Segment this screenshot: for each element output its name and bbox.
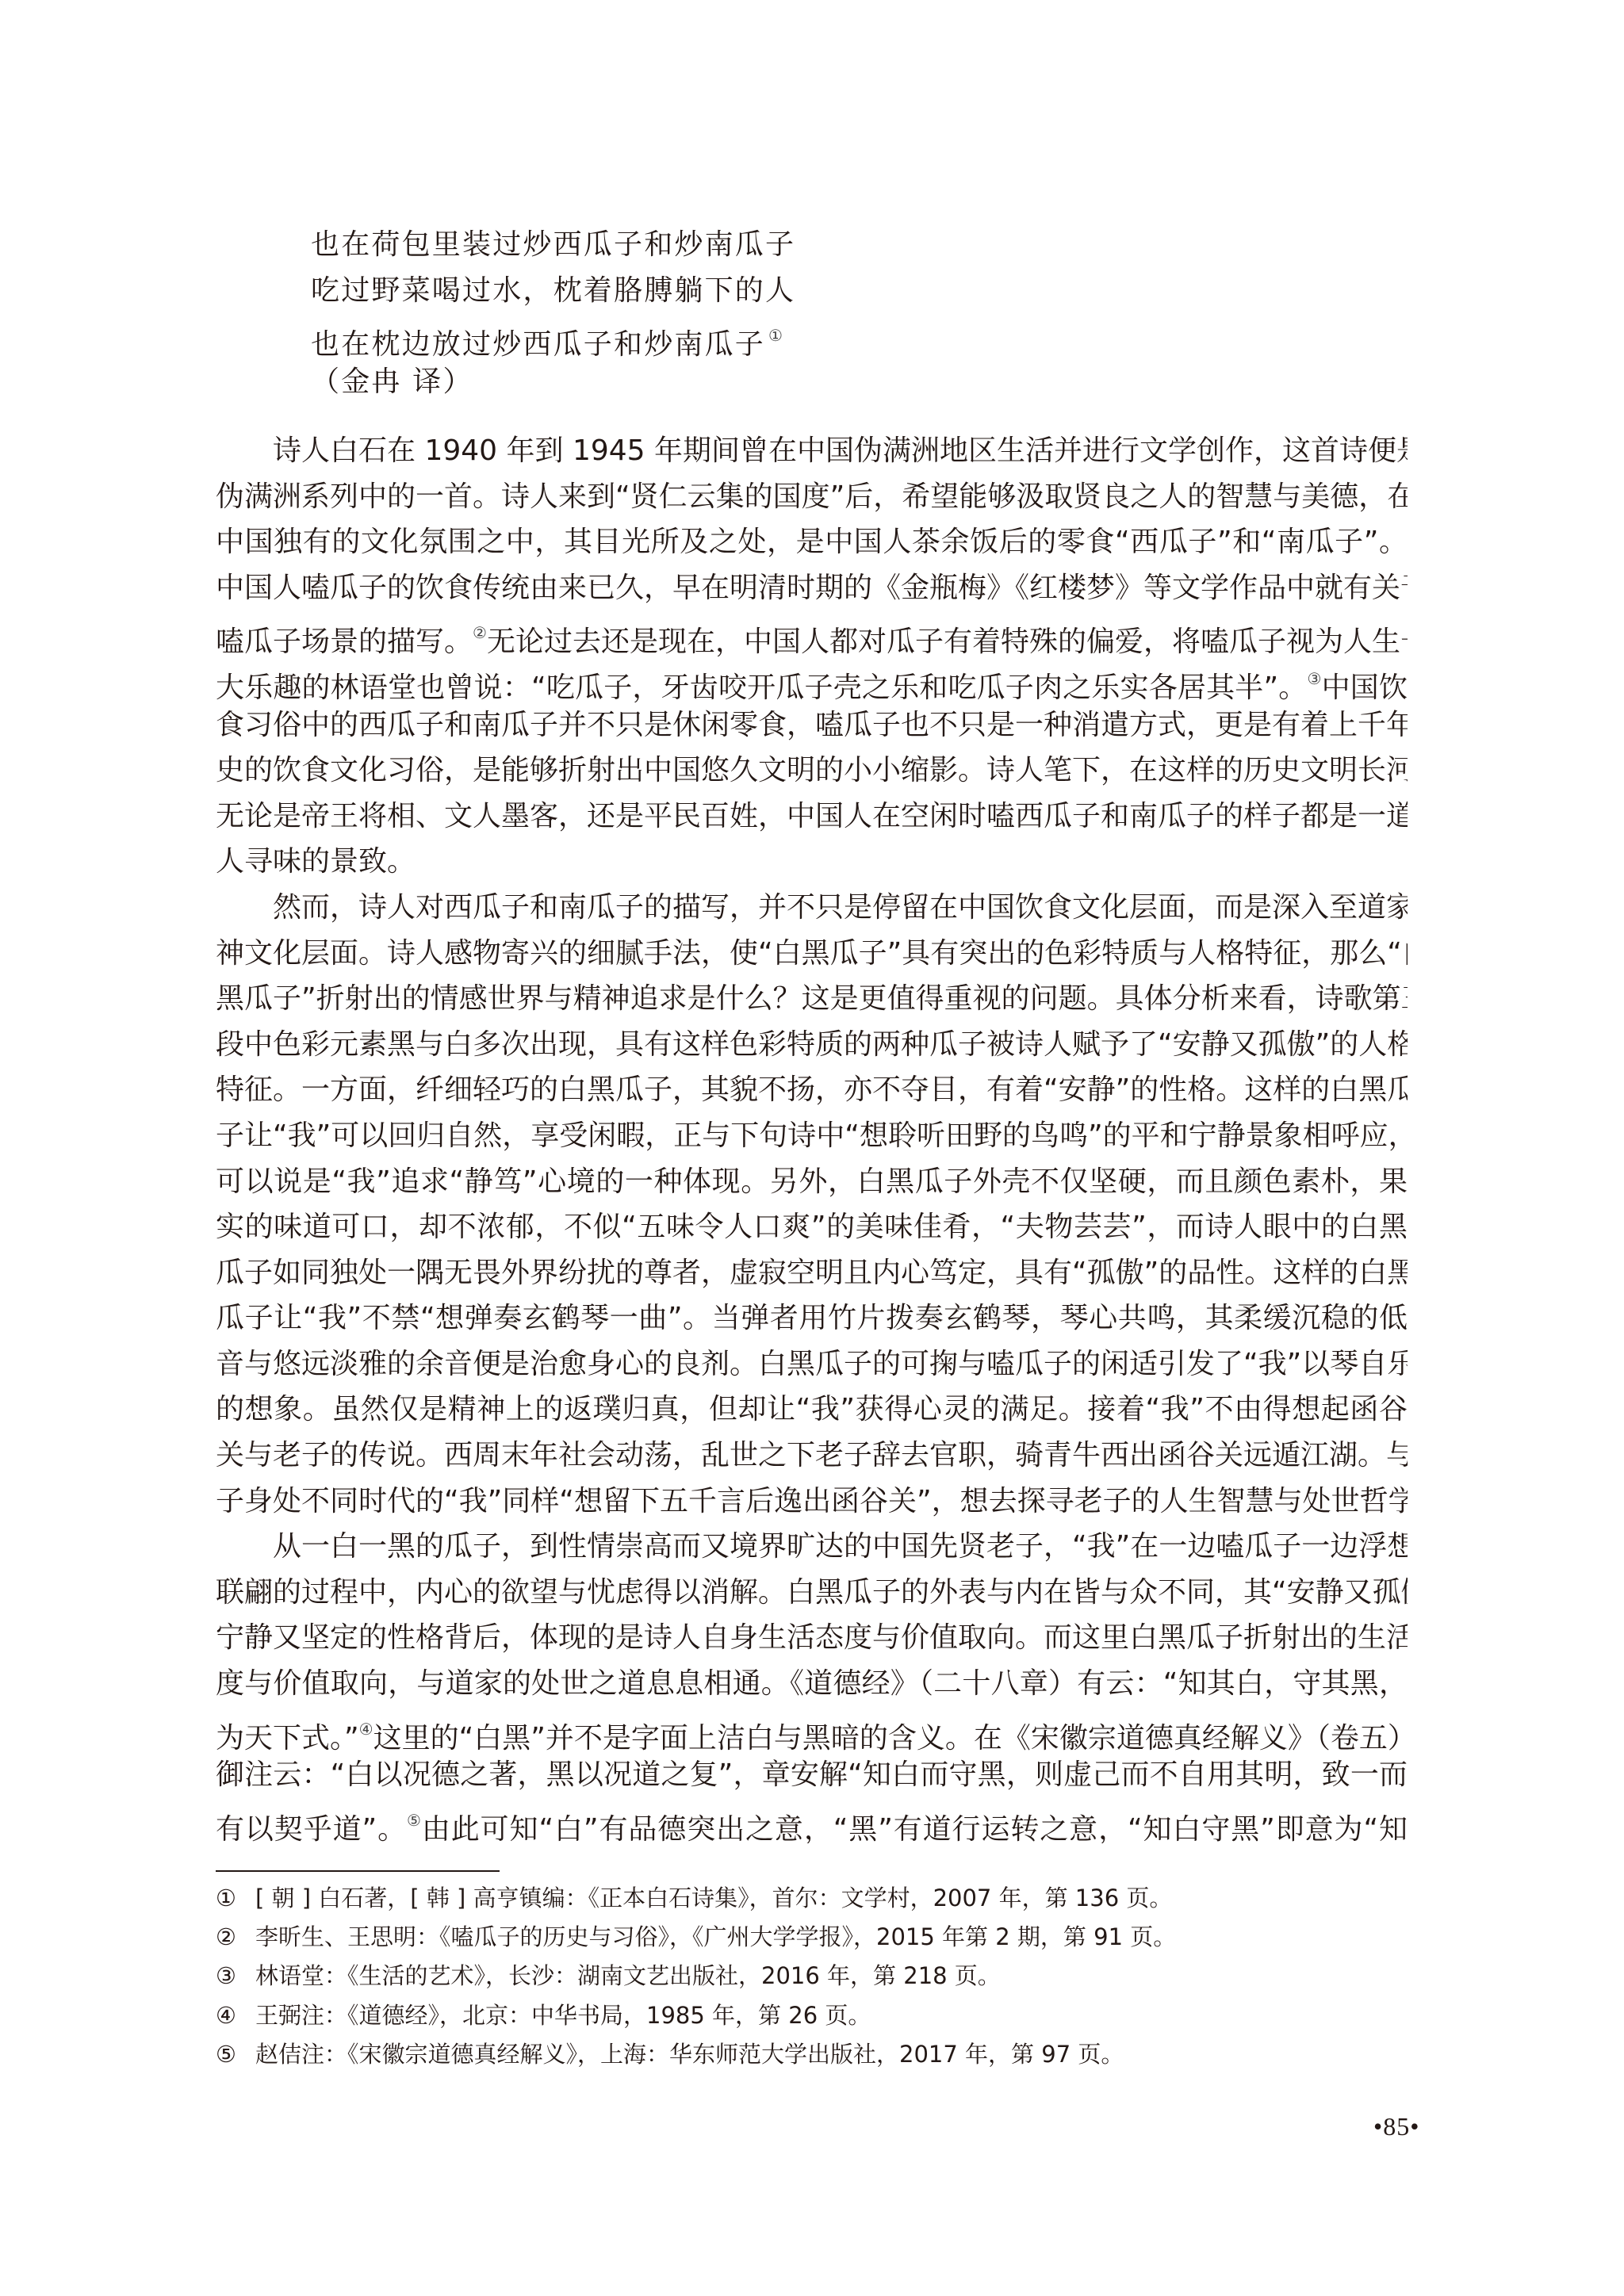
text-line: 子让“我”可以回归自然，享受闲暇，正与下句诗中“想聆听田野的鸟鸣”的平和宁静景象…: [216, 1113, 1408, 1159]
text-line: 从一白一黑的瓜子，到性情崇高而又境界旷达的中国先贤老子，“我”在一边嗑瓜子一边浮…: [216, 1524, 1408, 1570]
footnote-item: ①[ 朝 ] 白石著，[ 韩 ] 高亨镇编：《正本白石诗集》，首尔：文学村，20…: [216, 1879, 1408, 1918]
footnote-ref[interactable]: ②: [473, 623, 487, 642]
text-line: 有以契乎道”。⑤由此可知“白”有品德突出之意，“黑”有道行运转之意，“知白守黑”…: [216, 1798, 1408, 1844]
paragraph: 从一白一黑的瓜子，到性情崇高而又境界旷达的中国先贤老子，“我”在一边嗑瓜子一边浮…: [216, 1524, 1408, 1843]
text-line: 音与悠远淡雅的余音便是治愈身心的良剂。白黑瓜子的可掬与嗑瓜子的闲适引发了“我”以…: [216, 1341, 1408, 1387]
text-line: 中国人嗑瓜子的饮食传统由来已久，早在明清时期的《金瓶梅》《红楼梦》等文学作品中就…: [216, 565, 1408, 611]
footnote-number: ③: [216, 1957, 255, 1996]
text-segment: 有以契乎道”。: [216, 1813, 407, 1844]
text-segment: 无论过去还是现在，中国人都对瓜子有着特殊的偏爱，将嗑瓜子视为人生一: [487, 626, 1408, 656]
text-line: 诗人白石在 1940 年到 1945 年期间曾在中国伪满洲地区生活并进行文学创作…: [216, 428, 1408, 474]
paragraph: 然而，诗人对西瓜子和南瓜子的描写，并不只是停留在中国饮食文化层面，而是深入至道家…: [216, 885, 1408, 1524]
page-number: •85•: [1373, 2112, 1419, 2141]
poem-excerpt: 也在荷包里装过炒西瓜子和炒南瓜子 吃过野菜喝过水，枕着胳膊躺下的人 也在枕边放过…: [311, 222, 866, 404]
body-text: 诗人白石在 1940 年到 1945 年期间曾在中国伪满洲地区生活并进行文学创作…: [216, 428, 1408, 1843]
text-line: 可以说是“我”追求“静笃”心境的一种体现。另外，白黑瓜子外壳不仅坚硬，而且颜色素…: [216, 1159, 1408, 1205]
text-line: 食习俗中的西瓜子和南瓜子并不只是休闲零食，嗑瓜子也不只是一种消遣方式，更是有着上…: [216, 702, 1408, 748]
footnote-ref[interactable]: ④: [359, 1720, 373, 1739]
text-line: 度与价值取向，与道家的处世之道息息相通。《道德经》（二十八章）有云：“知其白，守…: [216, 1661, 1408, 1707]
footnote-item: ④王弼注：《道德经》，北京：中华书局，1985 年，第 26 页。: [216, 1996, 1408, 2035]
footnote-divider: [216, 1870, 500, 1872]
text-line: 嗑瓜子场景的描写。②无论过去还是现在，中国人都对瓜子有着特殊的偏爱，将嗑瓜子视为…: [216, 610, 1408, 656]
text-segment: 大乐趣的林语堂也曾说：“吃瓜子，牙齿咬开瓜子壳之乐和吃瓜子肉之乐实各居其半”。: [216, 672, 1307, 702]
text-line: 宁静又坚定的性格背后，体现的是诗人自身生活态度与价值取向。而这里白黑瓜子折射出的…: [216, 1615, 1408, 1661]
footnotes: ①[ 朝 ] 白石著，[ 韩 ] 高亨镇编：《正本白石诗集》，首尔：文学村，20…: [216, 1879, 1408, 2074]
text-line: 瓜子如同独处一隅无畏外界纷扰的尊者，虚寂空明且内心笃定，具有“孤傲”的品性。这样…: [216, 1250, 1408, 1296]
text-segment: 为天下式。”: [216, 1722, 359, 1753]
footnote-text: 李昕生、王思明：《嗑瓜子的历史与习俗》，《广州大学学报》，2015 年第 2 期…: [255, 1918, 1176, 1957]
footnote-text: 王弼注：《道德经》，北京：中华书局，1985 年，第 26 页。: [255, 1996, 871, 2035]
footnote-ref-1[interactable]: ①: [768, 326, 784, 345]
book-page: 也在荷包里装过炒西瓜子和炒南瓜子 吃过野菜喝过水，枕着胳膊躺下的人 也在枕边放过…: [0, 0, 1624, 2296]
text-line: 伪满洲系列中的一首。诗人来到“贤仁云集的国度”后，希望能够汲取贤良之人的智慧与美…: [216, 474, 1408, 520]
text-line: 无论是帝王将相、文人墨客，还是平民百姓，中国人在空闲时嗑西瓜子和南瓜子的样子都是…: [216, 794, 1408, 840]
text-line: 大乐趣的林语堂也曾说：“吃瓜子，牙齿咬开瓜子壳之乐和吃瓜子肉之乐实各居其半”。③…: [216, 656, 1408, 702]
footnote-text: 赵佶注：《宋徽宗道德真经解义》，上海：华东师范大学出版社，2017 年，第 97…: [255, 2035, 1124, 2074]
paragraph: 诗人白石在 1940 年到 1945 年期间曾在中国伪满洲地区生活并进行文学创作…: [216, 428, 1408, 885]
text-line: 段中色彩元素黑与白多次出现，具有这样色彩特质的两种瓜子被诗人赋予了“安静又孤傲”…: [216, 1022, 1408, 1068]
text-segment: 中国饮: [1322, 672, 1408, 702]
poem-line: 也在荷包里装过炒西瓜子和炒南瓜子: [311, 222, 866, 268]
footnote-item: ③林语堂：《生活的艺术》，长沙：湖南文艺出版社，2016 年，第 218 页。: [216, 1957, 1408, 1996]
footnote-text: [ 朝 ] 白石著，[ 韩 ] 高亨镇编：《正本白石诗集》，首尔：文学村，200…: [255, 1879, 1172, 1918]
footnote-item: ②李昕生、王思明：《嗑瓜子的历史与习俗》，《广州大学学报》，2015 年第 2 …: [216, 1918, 1408, 1957]
text-line: 瓜子让“我”不禁“想弹奏玄鹤琴一曲”。当弹者用竹片拨奏玄鹤琴，琴心共鸣，其柔缓沉…: [216, 1295, 1408, 1341]
text-line: 特征。一方面，纤细轻巧的白黑瓜子，其貌不扬，亦不夺目，有着“安静”的性格。这样的…: [216, 1067, 1408, 1113]
poem-line: 也在枕边放过炒西瓜子和炒南瓜子①: [311, 313, 866, 359]
text-line: 联翩的过程中，内心的欲望与忧虑得以消解。白黑瓜子的外表与内在皆与众不同，其“安静…: [216, 1570, 1408, 1616]
text-line: 的想象。虽然仅是精神上的返璞归真，但却让“我”获得心灵的满足。接着“我”不由得想…: [216, 1387, 1408, 1433]
text-line: 实的味道可口，却不浓郁，不似“五味令人口爽”的美味佳肴，“夫物芸芸”，而诗人眼中…: [216, 1204, 1408, 1250]
poem-translator-credit: （金冉 译）: [311, 359, 866, 405]
poem-line: 吃过野菜喝过水，枕着胳膊躺下的人: [311, 268, 866, 314]
text-line: 人寻味的景致。: [216, 839, 1408, 885]
footnote-ref[interactable]: ⑤: [407, 1811, 422, 1830]
footnote-number: ①: [216, 1879, 255, 1918]
text-line: 御注云：“白以况德之著，黑以况道之复”，章安解“知白而守黑，则虚己而不自用其明，…: [216, 1752, 1408, 1798]
footnote-item: ⑤赵佶注：《宋徽宗道德真经解义》，上海：华东师范大学出版社，2017 年，第 9…: [216, 2035, 1408, 2074]
text-line: 然而，诗人对西瓜子和南瓜子的描写，并不只是停留在中国饮食文化层面，而是深入至道家…: [216, 885, 1408, 931]
text-line: 子身处不同时代的“我”同样“想留下五千言后逸出函谷关”，想去探寻老子的人生智慧与…: [216, 1479, 1408, 1525]
footnote-ref[interactable]: ③: [1307, 669, 1321, 688]
text-line: 为天下式。”④这里的“白黑”并不是字面上洁白与黑暗的含义。在《宋徽宗道德真经解义…: [216, 1707, 1408, 1753]
text-line: 神文化层面。诗人感物寄兴的细腻手法，使“白黑瓜子”具有突出的色彩特质与人格特征，…: [216, 931, 1408, 977]
text-segment: 由此可知“白”有品德突出之意，“黑”有道行运转之意，“知白守黑”即意为“知: [422, 1813, 1408, 1844]
footnote-text: 林语堂：《生活的艺术》，长沙：湖南文艺出版社，2016 年，第 218 页。: [255, 1957, 1001, 1996]
poem-line-text: 也在枕边放过炒西瓜子和炒南瓜子: [311, 328, 765, 361]
text-line: 关与老子的传说。西周末年社会动荡，乱世之下老子辞去官职，骑青牛西出函谷关远遁江湖…: [216, 1433, 1408, 1479]
text-line: 史的饮食文化习俗，是能够折射出中国悠久文明的小小缩影。诗人笔下，在这样的历史文明…: [216, 748, 1408, 794]
text-segment: 嗑瓜子场景的描写。: [216, 626, 473, 656]
footnote-number: ⑤: [216, 2035, 255, 2074]
footnote-number: ④: [216, 1996, 255, 2035]
text-line: 黑瓜子”折射出的情感世界与精神追求是什么？这是更值得重视的问题。具体分析来看，诗…: [216, 976, 1408, 1022]
footnote-number: ②: [216, 1918, 255, 1957]
text-segment: 这里的“白黑”并不是字面上洁白与黑暗的含义。在《宋徽宗道德真经解义》（卷五）中，: [373, 1722, 1408, 1753]
text-line: 中国独有的文化氛围之中，其目光所及之处，是中国人茶余饭后的零食“西瓜子”和“南瓜…: [216, 519, 1408, 565]
